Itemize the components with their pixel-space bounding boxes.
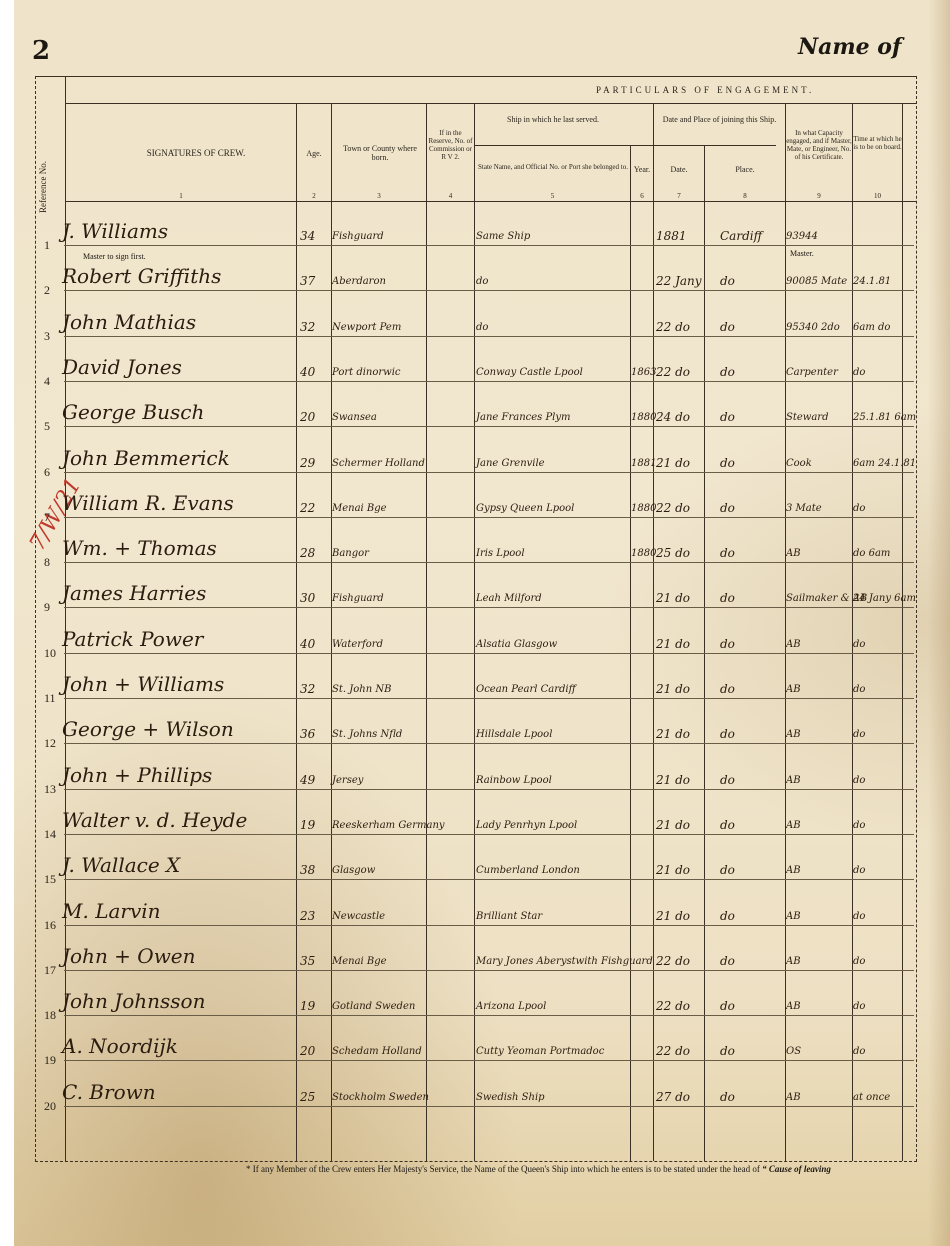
header-born: Town or County where born.: [334, 144, 426, 162]
birthplace-cell: Bangor: [332, 548, 369, 559]
time-on-board-cell: 6am 24.1.81: [853, 458, 916, 469]
signature-cell: John Mathias: [62, 310, 196, 334]
row-rule: [64, 562, 914, 563]
join-date-cell: 22 do: [656, 501, 690, 515]
join-date-cell: 21 do: [656, 773, 690, 787]
join-place-cell: do: [720, 546, 735, 560]
row-rule: [64, 834, 914, 835]
birthplace-cell: Fishguard: [332, 231, 384, 242]
footnote-emphasis: “ Cause of leaving: [762, 1164, 831, 1174]
signature-cell: George + Wilson: [62, 717, 234, 741]
footnote: * If any Member of the Crew enters Her M…: [246, 1164, 831, 1174]
last-ship-cell: Jane Frances Plym: [476, 412, 571, 423]
reference-number: 1: [44, 238, 50, 253]
reference-number: 6: [44, 465, 50, 480]
time-on-board-cell: do: [853, 775, 865, 786]
join-place-cell: do: [720, 365, 735, 379]
age-cell: 25: [300, 1090, 315, 1104]
birthplace-cell: Port dinorwic: [332, 367, 401, 378]
age-cell: 34: [300, 229, 315, 243]
birthplace-cell: Stockholm Sweden: [332, 1092, 429, 1103]
capacity-cell: 95340 2do: [786, 322, 840, 333]
last-ship-cell: Rainbow Lpool: [476, 775, 552, 786]
birthplace-cell: Reeskerham Germany: [332, 820, 445, 831]
master-note: Master to sign first.: [83, 252, 146, 261]
col-divider-age: [296, 103, 297, 1161]
row-rule: [64, 925, 914, 926]
capacity-cell: 90085 Mate: [786, 276, 847, 287]
join-place-cell: do: [720, 591, 735, 605]
capacity-cell: Cook: [786, 458, 812, 469]
reference-number: 7: [44, 510, 50, 525]
year-cell: 1881: [631, 458, 656, 469]
birthplace-cell: Newcastle: [332, 911, 385, 922]
ship-name-heading: Name of: [798, 34, 901, 60]
join-date-cell: 21 do: [656, 863, 690, 877]
last-ship-cell: Conway Castle Lpool: [476, 367, 583, 378]
last-ship-cell: Arizona Lpool: [476, 1001, 546, 1012]
reference-number: 8: [44, 555, 50, 570]
join-place-cell: do: [720, 999, 735, 1013]
signature-cell: M. Larvin: [62, 899, 161, 923]
header-year: Year.: [631, 165, 653, 174]
colnum-7: 7: [654, 192, 704, 200]
reference-number: 10: [44, 646, 56, 661]
last-ship-cell: Cumberland London: [476, 865, 580, 876]
capacity-cell: AB: [786, 865, 801, 876]
join-place-cell: do: [720, 682, 735, 696]
signature-cell: John + Williams: [62, 672, 224, 696]
colnum-9: 9: [786, 192, 852, 200]
row-rule: [64, 336, 914, 337]
time-on-board-cell: 24 Jany 6am: [853, 593, 916, 604]
last-ship-cell: Same Ship: [476, 231, 530, 242]
join-date-cell: 21 do: [656, 456, 690, 470]
signature-cell: A. Noordijk: [62, 1034, 178, 1058]
birthplace-cell: Gotland Sweden: [332, 1001, 415, 1012]
signature-cell: John + Owen: [62, 944, 196, 968]
signature-cell: Walter v. d. Heyde: [62, 808, 247, 832]
age-cell: 40: [300, 365, 315, 379]
footnote-text: * If any Member of the Crew enters Her M…: [246, 1164, 760, 1174]
join-date-cell: 21 do: [656, 637, 690, 651]
col-divider-date: [653, 103, 654, 1161]
col-divider-end: [902, 103, 903, 1161]
reference-number: 2: [44, 283, 50, 298]
last-ship-cell: Mary Jones Aberystwith Fishguard: [476, 956, 653, 967]
reference-no-header: Reference No.: [38, 147, 64, 227]
signature-cell: David Jones: [62, 355, 182, 379]
year-cell: 1880: [631, 503, 656, 514]
join-date-cell: 22 do: [656, 320, 690, 334]
join-date-cell: 27 do: [656, 1090, 690, 1104]
colnum-4: 4: [427, 192, 474, 200]
signature-cell: J. Wallace X: [62, 853, 180, 877]
reference-number: 16: [44, 918, 56, 933]
time-on-board-cell: at once: [853, 1092, 890, 1103]
birthplace-cell: Newport Pem: [332, 322, 401, 333]
header-signatures: SIGNATURES OF CREW.: [96, 149, 296, 158]
time-on-board-cell: do: [853, 865, 865, 876]
time-on-board-cell: do 6am: [853, 548, 890, 559]
join-place-cell: Cardiff: [720, 229, 762, 243]
join-place-cell: do: [720, 456, 735, 470]
join-date-cell: 22 Jany: [656, 274, 702, 288]
header-top-line: [65, 103, 916, 104]
time-on-board-cell: 24.1.81: [853, 276, 891, 287]
birthplace-cell: Aberdaron: [332, 276, 386, 287]
join-date-cell: 21 do: [656, 682, 690, 696]
birthplace-cell: Waterford: [332, 639, 383, 650]
header-time: Time at which he is to be on board.: [853, 135, 902, 151]
header-capacity: In what Capacity engaged, and if Master,…: [786, 129, 852, 161]
join-place-cell: do: [720, 773, 735, 787]
capacity-cell: Steward: [786, 412, 829, 423]
capacity-cell: AB: [786, 820, 801, 831]
reference-number: 11: [44, 691, 56, 706]
time-on-board-cell: do: [853, 911, 865, 922]
row-rule: [64, 517, 914, 518]
last-ship-cell: Brilliant Star: [476, 911, 542, 922]
reference-number: 5: [44, 419, 50, 434]
birthplace-cell: Glasgow: [332, 865, 375, 876]
reference-number: 18: [44, 1008, 56, 1023]
capacity-cell: AB: [786, 775, 801, 786]
time-on-board-cell: do: [853, 956, 865, 967]
last-ship-cell: do: [476, 322, 488, 333]
colnum-6: 6: [631, 192, 653, 200]
year-cell: 1880: [631, 412, 656, 423]
row-rule: [64, 698, 914, 699]
row-rule: [64, 381, 914, 382]
join-date-cell: 1881: [656, 229, 687, 243]
row-rule: [64, 472, 914, 473]
reference-number: 3: [44, 329, 50, 344]
age-cell: 19: [300, 999, 315, 1013]
signature-cell: Patrick Power: [62, 627, 203, 651]
colnum-5: 5: [475, 192, 630, 200]
col-divider-ship: [474, 103, 475, 1161]
time-on-board-cell: 25.1.81 6am: [853, 412, 916, 423]
row-rule: [64, 607, 914, 608]
age-cell: 35: [300, 954, 315, 968]
year-cell: 1863: [631, 367, 656, 378]
age-cell: 29: [300, 456, 315, 470]
colnum-3: 3: [332, 192, 426, 200]
row-rule: [64, 653, 914, 654]
capacity-cell: 93944: [786, 231, 818, 242]
signature-cell: Wm. + Thomas: [62, 536, 217, 560]
reference-number: 12: [44, 736, 56, 751]
join-place-cell: do: [720, 274, 735, 288]
join-date-cell: 25 do: [656, 546, 690, 560]
header-ship-name: State Name, and Official No. or Port she…: [476, 163, 630, 171]
reference-number: 13: [44, 782, 56, 797]
page-number: 2: [32, 36, 50, 66]
capacity-cell: AB: [786, 729, 801, 740]
reference-number: 4: [44, 374, 50, 389]
join-place-cell: do: [720, 637, 735, 651]
birthplace-cell: Menai Bge: [332, 503, 387, 514]
join-date-cell: 21 do: [656, 909, 690, 923]
row-rule: [64, 970, 914, 971]
time-on-board-cell: do: [853, 820, 865, 831]
join-date-cell: 22 do: [656, 954, 690, 968]
signature-cell: J. Williams: [62, 219, 168, 243]
row-rule: [64, 245, 914, 246]
birthplace-cell: St. Johns Nfld: [332, 729, 402, 740]
last-ship-cell: Jane Grenvile: [476, 458, 545, 469]
subheader-line: [474, 145, 776, 146]
signature-cell: James Harries: [62, 581, 206, 605]
reference-number: 9: [44, 600, 50, 615]
join-place-cell: do: [720, 1090, 735, 1104]
reference-number: 14: [44, 827, 56, 842]
row-rule: [64, 1106, 914, 1107]
reference-number: 20: [44, 1099, 56, 1114]
reference-number: 15: [44, 872, 56, 887]
time-on-board-cell: do: [853, 1046, 865, 1057]
join-place-cell: do: [720, 909, 735, 923]
last-ship-cell: Ocean Pearl Cardiff: [476, 684, 576, 695]
age-cell: 38: [300, 863, 315, 877]
signature-cell: John Bemmerick: [62, 446, 230, 470]
age-cell: 30: [300, 591, 315, 605]
signature-cell: John + Phillips: [62, 763, 212, 787]
join-date-cell: 21 do: [656, 591, 690, 605]
signature-cell: C. Brown: [62, 1080, 156, 1104]
signature-cell: Robert Griffiths: [62, 264, 221, 288]
age-cell: 20: [300, 410, 315, 424]
row-rule: [64, 879, 914, 880]
join-date-cell: 22 do: [656, 1044, 690, 1058]
capacity-cell: AB: [786, 956, 801, 967]
join-place-cell: do: [720, 1044, 735, 1058]
birthplace-cell: Schermer Holland: [332, 458, 425, 469]
time-on-board-cell: do: [853, 367, 865, 378]
last-ship-cell: do: [476, 276, 488, 287]
join-place-cell: do: [720, 727, 735, 741]
row-rule: [64, 1060, 914, 1061]
colnum-10: 10: [853, 192, 902, 200]
join-place-cell: do: [720, 954, 735, 968]
reference-number: 19: [44, 1053, 56, 1068]
time-on-board-cell: do: [853, 729, 865, 740]
row-rule: [64, 1015, 914, 1016]
age-cell: 37: [300, 274, 315, 288]
age-cell: 32: [300, 682, 315, 696]
capacity-cell: AB: [786, 1001, 801, 1012]
particulars-heading: PARTICULARS OF ENGAGEMENT.: [596, 85, 814, 95]
header-place: Place.: [705, 165, 785, 174]
birthplace-cell: Swansea: [332, 412, 377, 423]
row-rule: [64, 789, 914, 790]
time-on-board-cell: 6am do: [853, 322, 890, 333]
last-ship-cell: Cutty Yeoman Portmadoc: [476, 1046, 604, 1057]
capacity-cell: AB: [786, 639, 801, 650]
age-cell: 19: [300, 818, 315, 832]
capacity-cell: AB: [786, 911, 801, 922]
join-place-cell: do: [720, 818, 735, 832]
header-last-ship: Ship in which he last served.: [476, 115, 630, 124]
year-cell: 1880: [631, 548, 656, 559]
time-on-board-cell: do: [853, 684, 865, 695]
birthplace-cell: Schedam Holland: [332, 1046, 422, 1057]
age-cell: 49: [300, 773, 315, 787]
age-cell: 23: [300, 909, 315, 923]
age-cell: 28: [300, 546, 315, 560]
page-edge-shadow: [928, 0, 950, 1246]
age-cell: 36: [300, 727, 315, 741]
time-on-board-cell: do: [853, 1001, 865, 1012]
colnum-2: 2: [297, 192, 331, 200]
header-bottom-line: [65, 201, 916, 202]
birthplace-cell: Menai Bge: [332, 956, 387, 967]
join-date-cell: 21 do: [656, 818, 690, 832]
row-rule: [64, 290, 914, 291]
join-place-cell: do: [720, 863, 735, 877]
join-date-cell: 24 do: [656, 410, 690, 424]
birthplace-cell: Fishguard: [332, 593, 384, 604]
last-ship-cell: Lady Penrhyn Lpool: [476, 820, 577, 831]
signature-cell: William R. Evans: [62, 491, 234, 515]
capacity-cell: Carpenter: [786, 367, 838, 378]
capacity-cell: 3 Mate: [786, 503, 822, 514]
birthplace-cell: Jersey: [332, 775, 363, 786]
capacity-cell: AB: [786, 684, 801, 695]
header-joining: Date and Place of joining this Ship.: [654, 115, 785, 124]
capacity-cell: AB: [786, 548, 801, 559]
row-rule: [64, 426, 914, 427]
header-date: Date.: [654, 165, 704, 174]
reference-number: 17: [44, 963, 56, 978]
age-cell: 22: [300, 501, 315, 515]
colnum-1: 1: [66, 192, 296, 200]
join-date-cell: 22 do: [656, 365, 690, 379]
birthplace-cell: St. John NB: [332, 684, 391, 695]
age-cell: 20: [300, 1044, 315, 1058]
join-place-cell: do: [720, 320, 735, 334]
capacity-cell: OS: [786, 1046, 801, 1057]
age-cell: 40: [300, 637, 315, 651]
last-ship-cell: Hillsdale Lpool: [476, 729, 552, 740]
join-date-cell: 21 do: [656, 727, 690, 741]
signature-cell: George Busch: [62, 400, 204, 424]
header-age: Age.: [297, 149, 331, 158]
row-rule: [64, 743, 914, 744]
age-cell: 32: [300, 320, 315, 334]
last-ship-cell: Swedish Ship: [476, 1092, 545, 1103]
last-ship-cell: Leah Milford: [476, 593, 542, 604]
time-on-board-cell: do: [853, 503, 865, 514]
last-ship-cell: Iris Lpool: [476, 548, 525, 559]
header-reserve: If in the Reserve, No. of Commission or …: [427, 129, 474, 161]
join-place-cell: do: [720, 410, 735, 424]
time-on-board-cell: do: [853, 639, 865, 650]
col-divider-reserve: [426, 103, 427, 1161]
join-place-cell: do: [720, 501, 735, 515]
signature-cell: John Johnsson: [62, 989, 205, 1013]
last-ship-cell: Gypsy Queen Lpool: [476, 503, 574, 514]
last-ship-cell: Alsatia Glasgow: [476, 639, 557, 650]
join-date-cell: 22 do: [656, 999, 690, 1013]
colnum-8: 8: [705, 192, 785, 200]
capacity-cell: AB: [786, 1092, 801, 1103]
master-capacity-label: Master.: [790, 249, 814, 258]
